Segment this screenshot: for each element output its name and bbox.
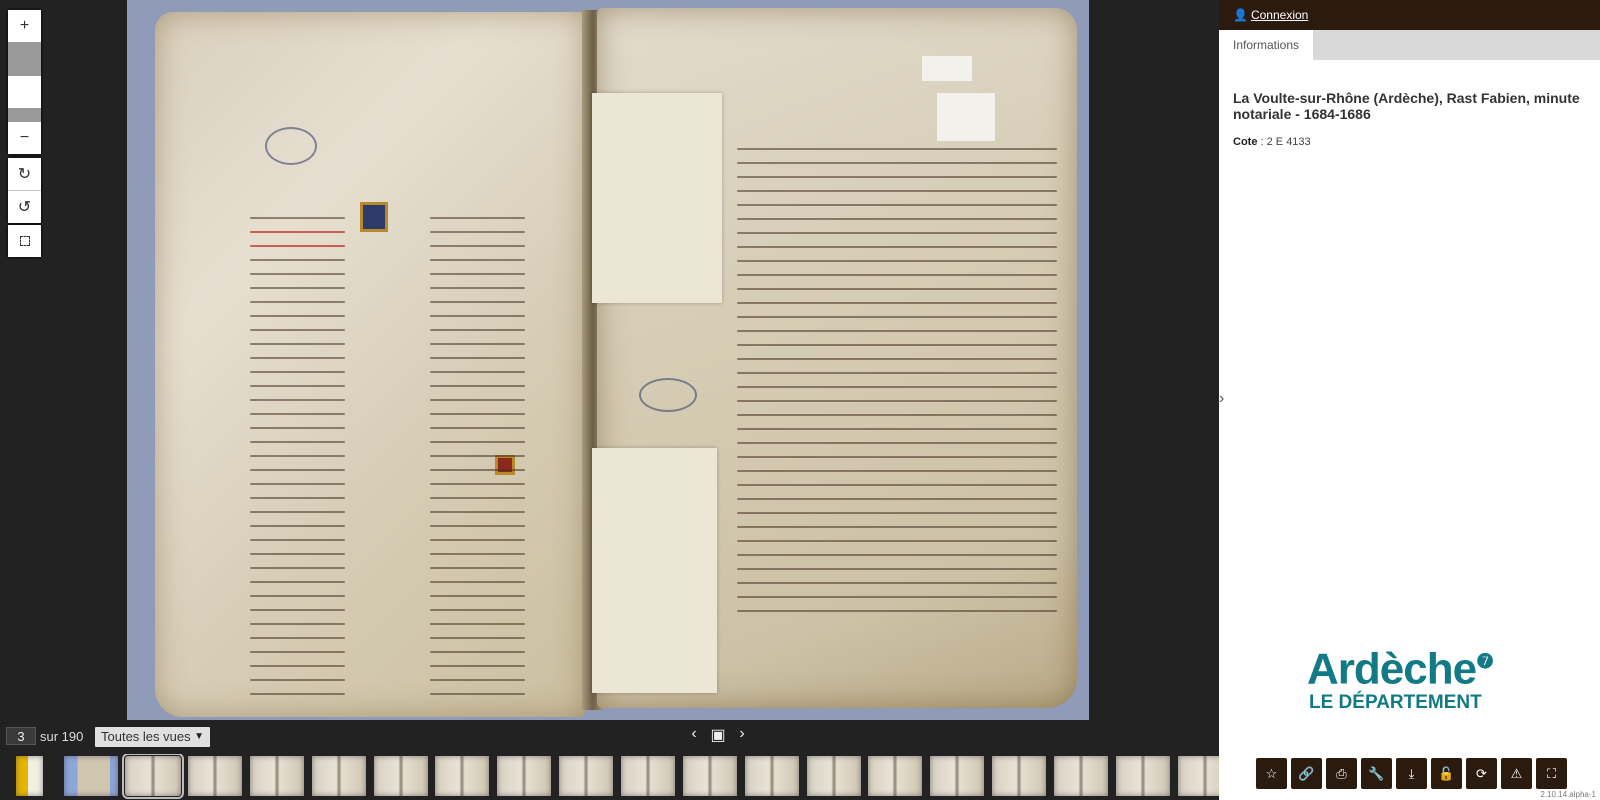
thumbnail[interactable] <box>374 756 428 796</box>
fullscreen-icon: ⛶ <box>1547 766 1556 782</box>
thumbnail[interactable] <box>188 756 242 796</box>
app: + − ↻ ↺ sur 190 Toutes les vues ▼ ‹ ▣ › <box>0 0 1600 800</box>
document-cote: Cote : 2 E 4133 <box>1233 136 1586 148</box>
fullscreen-button[interactable]: ⛶ <box>1536 758 1567 789</box>
info-panel: 👤Connexion Informations La Voulte-sur-Rh… <box>1219 0 1600 800</box>
thumbnail[interactable] <box>1178 756 1219 796</box>
handwritten-text <box>737 148 1057 624</box>
illuminated-initial <box>360 202 388 232</box>
thumbnail[interactable] <box>683 756 737 796</box>
report-button[interactable]: ⚠ <box>1501 758 1532 789</box>
thumbnail[interactable] <box>807 756 861 796</box>
right-page <box>597 8 1077 708</box>
user-icon: 👤 <box>1233 0 1248 30</box>
view-filter-value: Toutes les vues <box>101 729 191 744</box>
thumbnail-strip[interactable] <box>0 754 1219 800</box>
view-filter-select[interactable]: Toutes les vues ▼ <box>95 727 210 747</box>
rotate-right-button[interactable]: ↻ <box>8 158 41 190</box>
thumbnail[interactable] <box>559 756 613 796</box>
rotate-left-button[interactable]: ↺ <box>8 191 41 223</box>
unlock-icon: 🔓 <box>1438 766 1454 782</box>
star-icon: ☆ <box>1266 766 1278 782</box>
rotate-controls: ↻ ↺ <box>8 158 41 223</box>
gallery-icon[interactable]: ▣ <box>710 725 726 745</box>
ardeche-logo: Ardèche❼ LE DÉPARTEMENT <box>1307 640 1517 714</box>
cote-label: Cote <box>1233 136 1257 148</box>
unlock-button[interactable]: 🔓 <box>1431 758 1462 789</box>
link-icon: 🔗 <box>1298 766 1314 782</box>
panel-topbar: 👤Connexion <box>1219 0 1600 30</box>
zoom-out-button[interactable]: − <box>8 122 41 154</box>
thumbnail[interactable] <box>16 756 43 796</box>
paper-strip <box>592 448 717 693</box>
previous-page-icon[interactable]: ‹ <box>686 725 702 745</box>
page-number-input[interactable] <box>6 727 36 745</box>
zoom-slider-lower <box>8 108 41 122</box>
refresh-button[interactable]: ⟳ <box>1466 758 1497 789</box>
version-label: 2.10.14.alpha-1 <box>1540 790 1596 799</box>
thumbnail[interactable] <box>64 756 118 796</box>
thumbnail[interactable] <box>930 756 984 796</box>
thumbnail[interactable] <box>497 756 551 796</box>
wrench-icon: 🔧 <box>1368 766 1384 782</box>
manuscript-column <box>250 217 345 707</box>
thumbnail[interactable] <box>1116 756 1170 796</box>
thumbnail[interactable] <box>992 756 1046 796</box>
page-total-label: sur 190 <box>40 729 83 744</box>
logo-line2: LE DÉPARTEMENT <box>1309 692 1517 714</box>
print-button[interactable]: ⎙ <box>1326 758 1357 789</box>
thumbnail[interactable] <box>868 756 922 796</box>
link-button[interactable]: 🔗 <box>1291 758 1322 789</box>
paper-strip <box>592 93 722 303</box>
rotate-counterclockwise-icon: ↺ <box>18 197 31 217</box>
thumbnail[interactable] <box>1054 756 1108 796</box>
viewer-bottom-bar: sur 190 Toutes les vues ▼ ‹ ▣ › <box>0 720 1219 800</box>
dashed-square-icon <box>20 236 30 246</box>
panel-toggle-chevron-icon[interactable]: › <box>1219 390 1231 408</box>
zoom-slider[interactable] <box>8 42 41 122</box>
download-icon: ⤓ <box>1409 766 1415 782</box>
panel-tabs: Informations <box>1219 30 1600 60</box>
refresh-icon: ⟳ <box>1476 766 1487 782</box>
logo-mark-icon: ❼ <box>1476 651 1493 673</box>
paper-patch <box>937 93 995 141</box>
zoom-controls: + − <box>8 10 41 154</box>
download-button[interactable]: ⤓ <box>1396 758 1427 789</box>
next-page-icon[interactable]: › <box>734 725 750 745</box>
thumbnail[interactable] <box>745 756 799 796</box>
thumbnail-active[interactable] <box>125 756 181 796</box>
document-image[interactable] <box>127 0 1089 720</box>
thumbnail[interactable] <box>621 756 675 796</box>
image-viewer[interactable]: + − ↻ ↺ <box>0 0 1219 720</box>
page-navigation: ‹ ▣ › <box>686 725 750 745</box>
warning-icon: ⚠ <box>1511 766 1523 782</box>
archive-stamp <box>265 127 317 165</box>
archive-stamp <box>639 378 697 412</box>
select-region-button[interactable] <box>8 225 41 257</box>
logo-line1: Ardèche <box>1307 645 1476 694</box>
favorite-button[interactable]: ☆ <box>1256 758 1287 789</box>
selection-controls <box>8 225 41 257</box>
tools-button[interactable]: 🔧 <box>1361 758 1392 789</box>
left-page <box>155 12 585 717</box>
tab-informations[interactable]: Informations <box>1219 30 1313 60</box>
print-icon: ⎙ <box>1336 766 1346 782</box>
login-link[interactable]: Connexion <box>1251 8 1308 22</box>
zoom-in-button[interactable]: + <box>8 10 41 42</box>
action-toolbar: ☆ 🔗 ⎙ 🔧 ⤓ 🔓 ⟳ ⚠ ⛶ <box>1256 758 1567 789</box>
rotate-clockwise-icon: ↻ <box>18 164 31 184</box>
chevron-down-icon: ▼ <box>194 727 204 747</box>
thumbnail[interactable] <box>250 756 304 796</box>
zoom-slider-upper <box>8 42 41 76</box>
thumbnail[interactable] <box>312 756 366 796</box>
paper-patch <box>922 56 972 81</box>
cote-value: : 2 E 4133 <box>1257 136 1310 148</box>
document-title: La Voulte-sur-Rhône (Ardèche), Rast Fabi… <box>1233 90 1586 122</box>
thumbnail[interactable] <box>435 756 489 796</box>
manuscript-column <box>430 217 525 707</box>
